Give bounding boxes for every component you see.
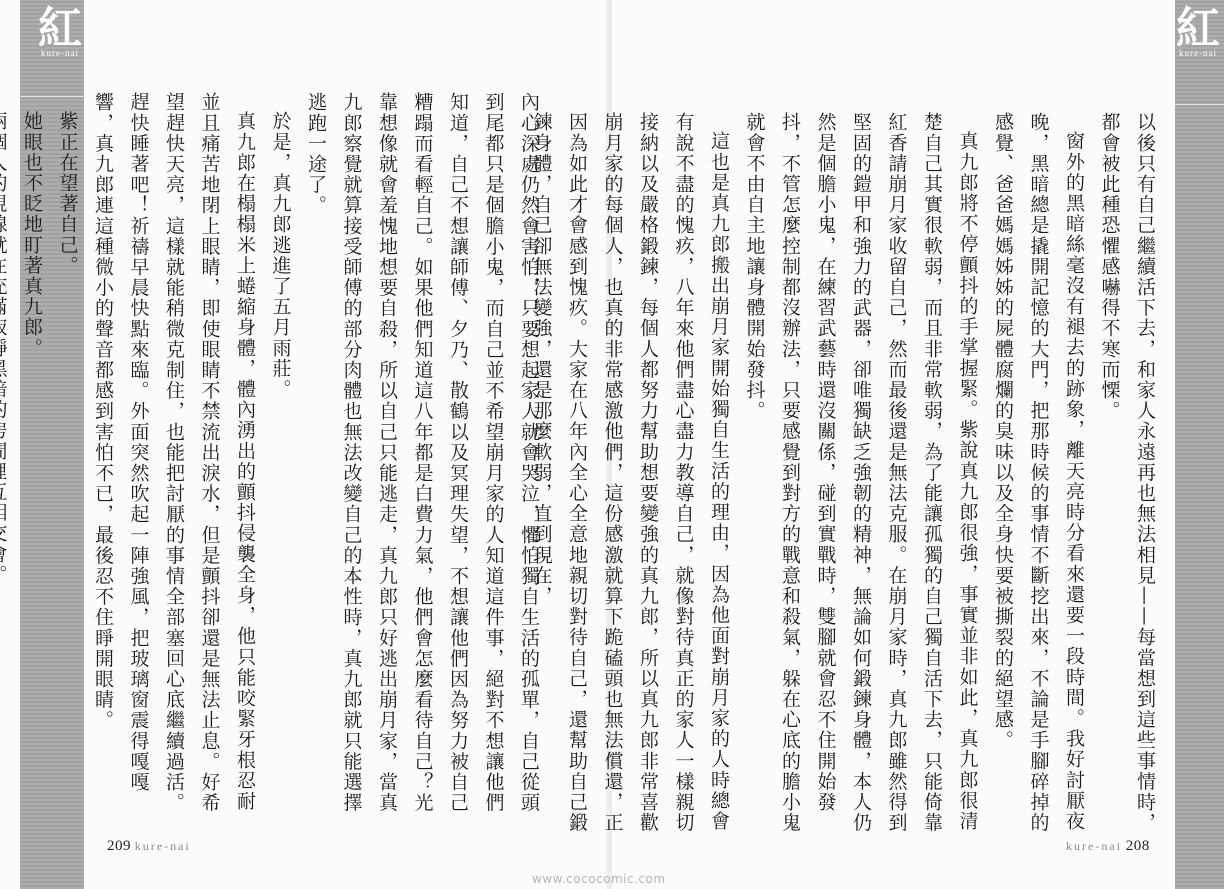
paragraph: 窗外的黑暗絲毫沒有褪去的跡象，離天亮時分看來還要一段時間。我好討厭夜晚，黑暗總是… xyxy=(985,112,1092,842)
page-number: 208 xyxy=(1126,838,1150,854)
paragraph: 她眼也不眨地盯著真九郎。 xyxy=(14,92,50,822)
right-folio: kure-nai 208 xyxy=(1066,838,1150,855)
left-page: 紅 kure-nai 內心深處仍然會害怕，只要想起家人就會哭泣，懼怕獨自生活的孤… xyxy=(0,0,612,889)
paragraph: 真九郎在榻榻米上蜷縮身體，體內湧出的顫抖侵襲全身，他只能咬緊牙根忍耐並且痛苦地閉… xyxy=(85,92,263,822)
page-number: 209 xyxy=(107,838,131,854)
paragraph: 紫正在望著自己。 xyxy=(49,92,85,822)
watermark: www.cococomic.com xyxy=(532,872,666,886)
running-title: kure-nai xyxy=(135,839,191,853)
paragraph: 這也是真九郎搬出崩月家開始獨自生活的理由，因為他面對崩月家的人時總會有說不盡的愧… xyxy=(523,112,736,842)
band-rule xyxy=(1175,104,1224,105)
series-logo-left: 紅 kure-nai xyxy=(30,6,90,58)
paragraph: 於是，真九郎逃進了五月雨莊。 xyxy=(262,92,298,822)
right-page-text: 以後只有自己繼續活下去，和家人永遠再也無法相見——每當想到這些事情時，都會被此種… xyxy=(700,112,1162,842)
book-spread: 紅 kure-nai 內心深處仍然會害怕，只要想起家人就會哭泣，懼怕獨自生活的孤… xyxy=(0,0,1224,889)
logo-kanji: 紅 xyxy=(30,6,90,52)
logo-kanji: 紅 xyxy=(1168,6,1224,52)
paragraph: 內心深處仍然會害怕，只要想起家人就會哭泣，懼怕獨自生活的孤單，自己從頭到尾都只是… xyxy=(298,92,547,822)
paragraph: 兩個人的視線就在充滿寂靜黑暗的房間裡互相交會。 xyxy=(0,92,14,822)
left-page-text: 內心深處仍然會害怕，只要想起家人就會哭泣，懼怕獨自生活的孤單，自己從頭到尾都只是… xyxy=(100,92,546,822)
left-folio: 209 kure-nai xyxy=(107,838,191,855)
series-logo-right: 紅 kure-nai xyxy=(1168,6,1224,58)
paragraph: 真九郎將不停顫抖的手掌握緊。紫說真九郎很強，事實並非如此，真九郎很清楚自己其實很… xyxy=(736,112,985,842)
right-margin-band xyxy=(1175,0,1224,889)
paragraph: 以後只有自己繼續活下去，和家人永遠再也無法相見——每當想到這些事情時，都會被此種… xyxy=(1091,112,1162,842)
running-title: kure-nai xyxy=(1066,839,1122,853)
